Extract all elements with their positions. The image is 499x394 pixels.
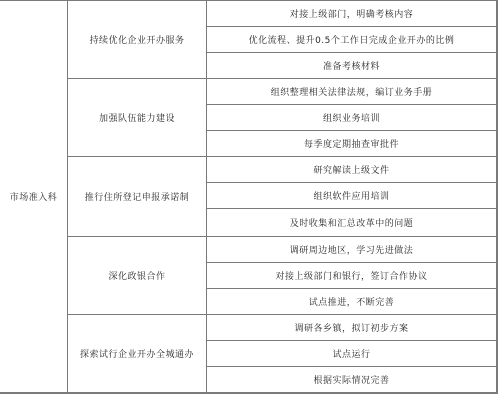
measure-cell: 对接上级部门，明确考核内容	[207, 1, 496, 26]
task-cell: 推行住所登记申报承诺制	[68, 157, 206, 236]
work-plan-table: 市场准入科 持续优化企业开办服务 加强队伍能力建设 推行住所登记申报承诺制 深化…	[0, 0, 499, 394]
task-cell: 深化政银合作	[68, 237, 206, 314]
measure-cell: 对接上级部门和银行，签订合作协议	[207, 263, 496, 288]
measure-cell: 每季度定期抽查审批件	[207, 131, 496, 156]
task-cell: 加强队伍能力建设	[68, 79, 206, 156]
task-cell: 持续优化企业开办服务	[68, 1, 206, 78]
measure-cell: 试点运行	[207, 341, 496, 366]
measure-cell: 调研各乡镇，拟订初步方案	[207, 315, 496, 340]
measure-cell: 试点推进，不断完善	[207, 289, 496, 314]
category-cell: 市场准入科	[0, 0, 67, 393]
measure-cell: 组织软件应用培训	[207, 183, 496, 208]
measure-cell: 组织整理相关法律法规，编订业务手册	[207, 79, 496, 104]
measure-cell: 准备考核材料	[207, 53, 496, 78]
measure-cell: 及时收集和汇总改革中的问题	[207, 209, 496, 236]
measure-cell: 组织业务培训	[207, 105, 496, 130]
task-cell: 探索试行企业开办全城通办	[68, 315, 206, 392]
measure-cell: 根据实际情况完善	[207, 367, 496, 392]
table-right-border	[496, 0, 498, 394]
measure-cell: 研究解读上级文件	[207, 157, 496, 182]
measure-cell: 优化流程、提升0.5个工作日完成企业开办的比例	[207, 27, 496, 52]
measure-cell: 调研周边地区，学习先进做法	[207, 237, 496, 262]
